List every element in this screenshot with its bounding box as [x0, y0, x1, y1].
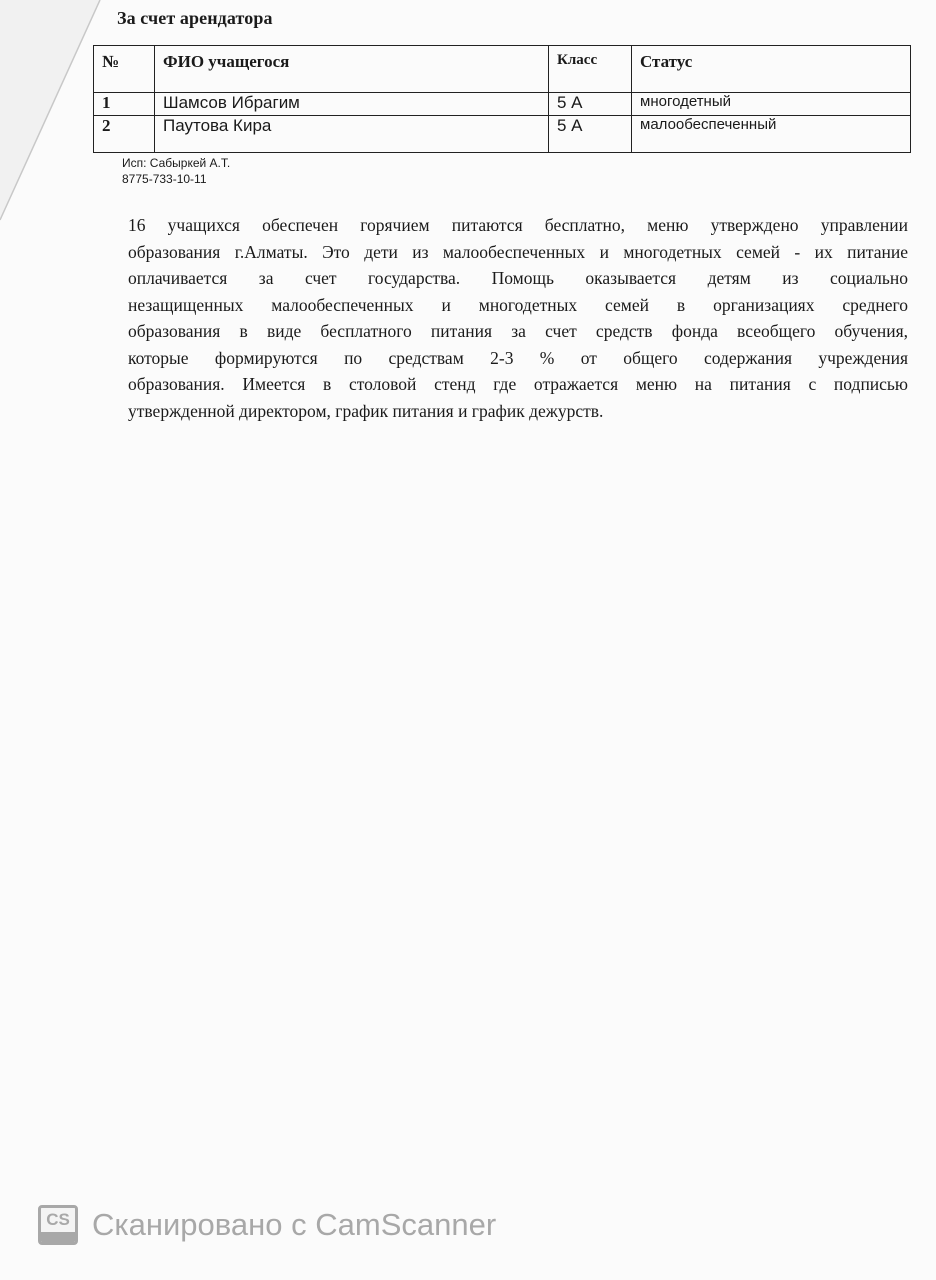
cell-name: Паутова Кира	[155, 116, 549, 153]
table-row: 2 Паутова Кира 5 А малообеспеченный	[94, 116, 911, 153]
paragraph-line: которые формируются по средствам 2-3 % о…	[128, 345, 908, 372]
executor-phone: 8775-733-10-11	[122, 171, 230, 187]
paragraph-line: оплачивается за счет государства. Помощь…	[128, 265, 908, 292]
header-number: №	[94, 46, 155, 93]
header-status: Статус	[632, 46, 911, 93]
table-header-row: № ФИО учащегося Класс Статус	[94, 46, 911, 93]
watermark-text: Сканировано с CamScanner	[92, 1207, 496, 1243]
cell-status: малообеспеченный	[632, 116, 911, 153]
section-heading: За счет арендатора	[117, 8, 273, 29]
cell-class: 5 А	[549, 116, 632, 153]
body-paragraph: 16 учащихся обеспечен горячием питаются …	[128, 212, 908, 424]
paragraph-line: утвержденной директором, график питания …	[128, 398, 908, 425]
camscanner-watermark: CS Сканировано с CamScanner	[38, 1205, 496, 1245]
executor-info: Исп: Сабыркей А.Т. 8775-733-10-11	[122, 155, 230, 187]
header-full-name: ФИО учащегося	[155, 46, 549, 93]
page-fold-shadow	[0, 0, 936, 1280]
header-class: Класс	[549, 46, 632, 93]
camscanner-logo-bar	[41, 1232, 75, 1242]
students-table: № ФИО учащегося Класс Статус 1 Шамсов Иб…	[93, 45, 911, 153]
paragraph-line: образования. Имеется в столовой стенд гд…	[128, 371, 908, 398]
executor-name: Исп: Сабыркей А.Т.	[122, 155, 230, 171]
cell-class: 5 А	[549, 93, 632, 116]
cell-name: Шамсов Ибрагим	[155, 93, 549, 116]
paragraph-line: образования в виде бесплатного питания з…	[128, 318, 908, 345]
cell-status: многодетный	[632, 93, 911, 116]
cell-number: 1	[94, 93, 155, 116]
paragraph-line: 16 учащихся обеспечен горячием питаются …	[128, 212, 908, 239]
table-row: 1 Шамсов Ибрагим 5 А многодетный	[94, 93, 911, 116]
paragraph-line: незащищенных малообеспеченных и многодет…	[128, 292, 908, 319]
camscanner-logo-text: CS	[41, 1208, 75, 1232]
cell-number: 2	[94, 116, 155, 153]
paragraph-line: образования г.Алматы. Это дети из малооб…	[128, 239, 908, 266]
camscanner-logo-icon: CS	[38, 1205, 78, 1245]
